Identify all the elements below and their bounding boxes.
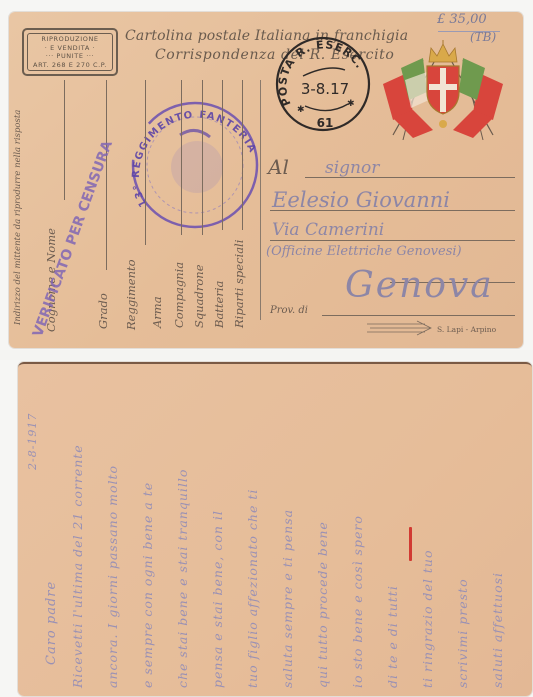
field-reggimento-label: Reggimento bbox=[124, 258, 138, 330]
address-salutation: Al bbox=[268, 155, 289, 179]
savoy-coat-of-arms-icon bbox=[383, 40, 503, 140]
notice-line: ··· PUNITE ··· bbox=[46, 52, 94, 61]
letter-line: tuo figlio affezionato che ti bbox=[245, 368, 260, 688]
letter-line: Ricevetti l'ultima del 21 corrente bbox=[70, 368, 85, 688]
field-rule bbox=[222, 80, 223, 230]
svg-text:✱: ✱ bbox=[297, 105, 305, 115]
notice-line: RIPRODUZIONE bbox=[41, 35, 98, 44]
printer-credit: S. Lapi - Arpino bbox=[437, 325, 496, 334]
letter-line: qui tutto procede bene bbox=[315, 368, 330, 688]
letter-line: e sempre con ogni bene a te bbox=[140, 368, 155, 688]
field-rule bbox=[145, 80, 146, 245]
letter-line: ti ringrazio del tuo bbox=[420, 368, 435, 688]
svg-text:61: 61 bbox=[317, 116, 334, 130]
arrow-ornament-icon bbox=[365, 318, 435, 338]
field-riparti-label: Riparti speciali bbox=[232, 232, 246, 328]
field-compagnia-label: Compagnia bbox=[172, 248, 186, 328]
letter-line: saluti affettuosi bbox=[490, 368, 505, 688]
regiment-stamp-icon: 13° REGGIMENTO FANTERIA bbox=[125, 95, 265, 235]
letter-line: che stai bene e stai tranquillo bbox=[175, 368, 190, 688]
field-batteria-label: Batteria bbox=[212, 262, 226, 328]
notice-line: ART. 268 E 270 C.P. bbox=[33, 61, 107, 70]
svg-text:✱: ✱ bbox=[347, 99, 355, 109]
address-line-3: Via Camerini bbox=[272, 220, 384, 240]
divider-line bbox=[260, 80, 261, 320]
letter-line: saluta sempre e ti pensa bbox=[280, 368, 295, 688]
letter-line: scrivimi presto bbox=[455, 368, 470, 688]
address-line-4: (Officine Elettriche Genovesi) bbox=[266, 244, 462, 259]
field-rule bbox=[181, 80, 182, 235]
field-squadrone-label: Squadrone bbox=[192, 248, 206, 328]
notice-box: RIPRODUZIONE · E VENDITA · ··· PUNITE ··… bbox=[22, 28, 118, 76]
address-rule bbox=[322, 315, 515, 316]
letter-line: pensa e stai bene, con il bbox=[210, 368, 225, 688]
field-grado-label: Grado bbox=[96, 283, 110, 329]
field-arma-label: Arma bbox=[150, 282, 164, 328]
price-note: £ 35,00 bbox=[437, 12, 487, 27]
letter-greeting: Caro padre bbox=[44, 545, 59, 665]
address-line-1: signor bbox=[325, 158, 379, 178]
svg-text:3-8.17: 3-8.17 bbox=[301, 80, 349, 98]
address-rule bbox=[270, 240, 515, 241]
field-rule bbox=[202, 80, 203, 235]
field-rule bbox=[242, 80, 243, 230]
address-line-2: Eelesio Giovanni bbox=[272, 188, 450, 212]
postmark-icon: POSTA R. ESERC. 3-8.17 ✱ ✱ 61 bbox=[273, 34, 373, 134]
letter-line: ancora. I giorni passano molto bbox=[105, 368, 120, 688]
field-rule bbox=[106, 80, 107, 270]
sender-instruction: Indirizzo del mittente da riprodurre nel… bbox=[13, 80, 23, 325]
letter-line: di te e di tutti bbox=[385, 368, 400, 688]
field-rule bbox=[64, 80, 65, 200]
notice-line: · E VENDITA · bbox=[45, 44, 96, 53]
red-pencil-mark bbox=[409, 527, 412, 561]
address-city: Genova bbox=[345, 265, 494, 306]
letter-date: 2-8-1917 bbox=[26, 410, 39, 470]
letter-line: io sto bene e così spero bbox=[350, 368, 365, 688]
scan-gap bbox=[0, 350, 533, 360]
province-label: Prov. di bbox=[270, 305, 308, 316]
